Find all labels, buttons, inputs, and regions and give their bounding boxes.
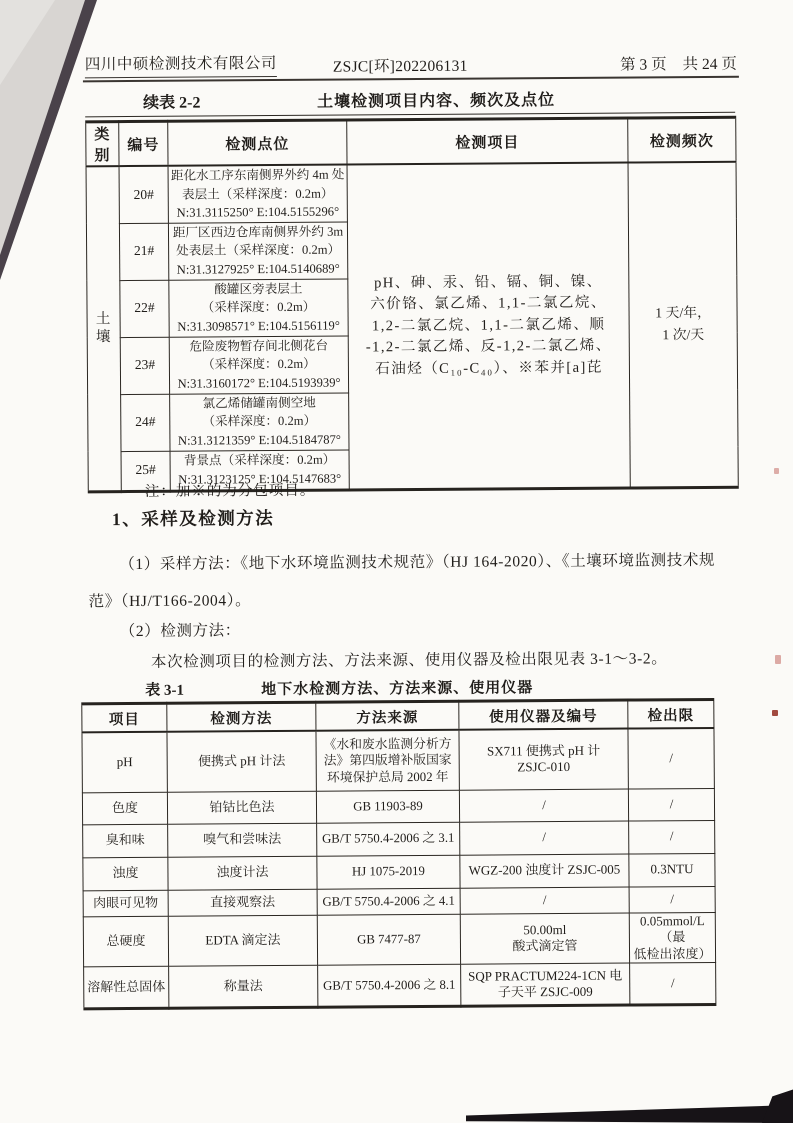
project-cell: 总硬度 bbox=[83, 916, 168, 967]
col-header-id: 编号 bbox=[119, 121, 168, 166]
page-total: 共 24 页 bbox=[682, 52, 736, 74]
project-cell: 色度 bbox=[82, 792, 167, 825]
sample-id: 21# bbox=[119, 223, 168, 280]
col-header-project: 项目 bbox=[82, 703, 167, 732]
table-row: 色度 铂钴比色法 GB 11903-89 / / bbox=[82, 788, 714, 824]
monitoring-frequency-cell: 1 天/年， 1 次/天 bbox=[628, 162, 738, 488]
source-cell: GB/T 5750.4-2006 之 8.1 bbox=[318, 964, 461, 1007]
table2-2-caption: 续表 2-2 土壤检测项目内容、频次及点位 bbox=[85, 86, 735, 91]
monitoring-items-cell: pH、砷、汞、铅、镉、铜、镍、 六价铬、氯乙烯、1,1-二氯乙烷、 1,2-二氯… bbox=[347, 163, 630, 490]
limit-cell: / bbox=[628, 728, 714, 789]
table2-2-caption-title: 土壤检测项目内容、频次及点位 bbox=[317, 87, 555, 112]
limit-cell: 0.3NTU bbox=[629, 853, 715, 887]
method-cell: EDTA 滴定法 bbox=[168, 915, 317, 967]
limit-cell: 0.05mmol/L（最 低检出浓度） bbox=[629, 912, 715, 963]
soil-monitoring-table: 类别 编号 检测点位 检测项目 检测频次 土壤 20# 距化水工序东南侧界外约 … bbox=[85, 116, 739, 493]
table3-1-caption: 表 3-1 地下水检测方法、方法来源、使用仪器 bbox=[81, 675, 713, 701]
col-header-method: 检测方法 bbox=[167, 702, 316, 732]
col-header-location: 检测点位 bbox=[168, 120, 347, 166]
sample-location: 距化水工序东南侧界外约 4m 处 表层土（采样深度：0.2m） N:31.311… bbox=[168, 165, 347, 223]
red-ink-speck bbox=[775, 655, 781, 664]
col-header-instrument: 使用仪器及编号 bbox=[459, 700, 628, 730]
table-row: 总硬度 EDTA 滴定法 GB 7477-87 50.00ml 酸式滴定管 0.… bbox=[83, 912, 715, 967]
method-cell: 便携式 pH 计法 bbox=[167, 731, 316, 792]
table3-1-caption-title: 地下水检测方法、方法来源、使用仪器 bbox=[261, 676, 533, 699]
sample-id: 23# bbox=[120, 337, 169, 394]
project-cell: 溶解性总固体 bbox=[84, 966, 169, 1009]
source-cell: GB 11903-89 bbox=[316, 790, 459, 823]
instrument-cell: SX711 便携式 pH 计 ZSJC-010 bbox=[459, 729, 628, 790]
instrument-cell: SQP PRACTUM224-1CN 电 子天平 ZSJC-009 bbox=[461, 963, 630, 1006]
method-cell: 铂钴比色法 bbox=[167, 791, 316, 824]
sample-location: 酸罐区旁表层土 （采样深度：0.2m） N:31.3098571° E:104.… bbox=[169, 278, 348, 336]
report-number: ZSJC[环]202206131 bbox=[333, 54, 468, 77]
paragraph-sampling-method: （1）采样方法：《地下水环境监测技术规范》（HJ 164-2020）、《土壤环境… bbox=[88, 542, 719, 620]
table-row: 溶解性总固体 称量法 GB/T 5750.4-2006 之 8.1 SQP PR… bbox=[84, 962, 716, 1008]
page-header: 四川中硕检测技术有限公司 ZSJC[环]202206131 第 3 页 共 24… bbox=[85, 48, 737, 79]
table-footnote: 注：加※的为分包项目。 bbox=[145, 479, 316, 501]
red-ink-speck bbox=[774, 468, 779, 474]
table-row: 土壤 20# 距化水工序东南侧界外约 4m 处 表层土（采样深度：0.2m） N… bbox=[86, 162, 736, 224]
table2-2-caption-label: 续表 2-2 bbox=[143, 90, 201, 113]
source-cell: HJ 1075-2019 bbox=[317, 855, 460, 889]
table-header-row: 类别 编号 检测点位 检测项目 检测频次 bbox=[86, 117, 736, 166]
sample-location: 危险废物暂存间北侧花台 （采样深度：0.2m） N:31.3160172° E:… bbox=[169, 335, 348, 393]
table-header-row: 项目 检测方法 方法来源 使用仪器及编号 检出限 bbox=[82, 699, 714, 732]
col-header-frequency: 检测频次 bbox=[628, 117, 736, 162]
source-cell: GB/T 5750.4-2006 之 3.1 bbox=[317, 822, 460, 856]
instrument-cell: WGZ-200 浊度计 ZSJC-005 bbox=[460, 854, 629, 888]
section-title: 1、采样及检测方法 bbox=[112, 505, 274, 531]
col-header-source: 方法来源 bbox=[316, 701, 459, 730]
sample-id: 20# bbox=[119, 166, 168, 223]
method-cell: 称量法 bbox=[169, 965, 318, 1008]
project-cell: 浊度 bbox=[83, 857, 168, 891]
method-cell: 浊度计法 bbox=[168, 856, 317, 890]
limit-cell: / bbox=[629, 886, 715, 913]
document-page: 四川中硕检测技术有限公司 ZSJC[环]202206131 第 3 页 共 24… bbox=[0, 0, 793, 1123]
limit-cell: / bbox=[630, 962, 716, 1005]
table-row: 浊度 浊度计法 HJ 1075-2019 WGZ-200 浊度计 ZSJC-00… bbox=[83, 853, 715, 890]
instrument-cell: / bbox=[460, 887, 629, 914]
sample-location: 距厂区西边仓库南侧界外约 3m 处表层土（采样深度：0.2m） N:31.312… bbox=[168, 221, 347, 279]
table3-1-caption-label: 表 3-1 bbox=[145, 679, 184, 700]
limit-cell: / bbox=[629, 820, 715, 854]
source-cell: GB/T 5750.4-2006 之 4.1 bbox=[317, 888, 460, 915]
source-cell: 《水和废水监测分析方 法》第四版增补版国家 环境保护总局 2002 年 bbox=[316, 730, 459, 791]
limit-cell: / bbox=[628, 788, 714, 821]
table-row: 臭和味 嗅气和尝味法 GB/T 5750.4-2006 之 3.1 / / bbox=[83, 820, 715, 857]
method-cell: 嗅气和尝味法 bbox=[168, 823, 317, 857]
sample-id: 24# bbox=[121, 394, 170, 451]
instrument-cell: 50.00ml 酸式滴定管 bbox=[460, 913, 629, 965]
source-cell: GB 7477-87 bbox=[317, 914, 460, 965]
project-cell: 肉眼可见物 bbox=[83, 890, 168, 917]
col-header-items: 检测项目 bbox=[347, 118, 628, 164]
page-number: 第 3 页 bbox=[620, 52, 667, 74]
project-cell: pH bbox=[82, 732, 167, 793]
table-row: pH 便携式 pH 计法 《水和废水监测分析方 法》第四版增补版国家 环境保护总… bbox=[82, 728, 714, 792]
groundwater-method-table: 项目 检测方法 方法来源 使用仪器及编号 检出限 pH 便携式 pH 计法 《水… bbox=[81, 698, 716, 1010]
col-header-limit: 检出限 bbox=[628, 699, 714, 728]
instrument-cell: / bbox=[460, 821, 629, 855]
project-cell: 臭和味 bbox=[83, 824, 168, 858]
instrument-cell: / bbox=[459, 789, 628, 822]
sample-id: 22# bbox=[120, 280, 169, 337]
col-header-category: 类别 bbox=[86, 122, 119, 167]
sample-location: 氯乙烯储罐南侧空地 （采样深度：0.2m） N:31.3121359° E:10… bbox=[170, 392, 349, 450]
page-indicator: 第 3 页 共 24 页 bbox=[620, 52, 737, 75]
red-ink-speck bbox=[772, 710, 778, 716]
method-cell: 直接观察法 bbox=[168, 889, 317, 916]
company-name: 四川中硕检测技术有限公司 bbox=[85, 51, 277, 78]
category-cell: 土壤 bbox=[86, 166, 121, 491]
